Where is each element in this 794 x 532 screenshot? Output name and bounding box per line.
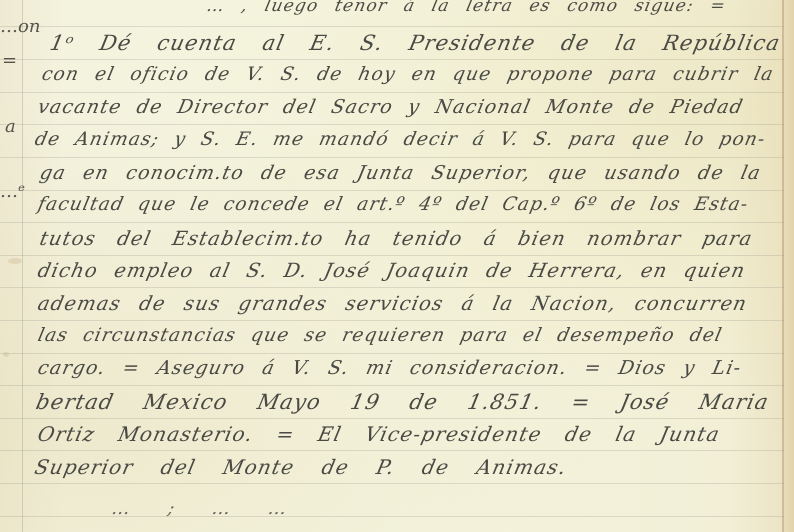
text-line-9: ademas de sus grandes servicios á la Nac… [36,294,749,314]
text-line-1: 1ᵒ Dé cuenta al E. S. Presidente de la R… [48,33,782,54]
ruled-line [0,92,794,93]
ruled-line [0,483,794,484]
text-line-2: con el oficio de V. S. de hoy en que pro… [40,66,775,85]
ruled-line [0,26,794,27]
margin-note: …ᵉ [0,183,25,201]
text-line-8: dicho empleo al S. D. José Joaquin de He… [36,261,747,281]
margin-note: a [5,118,16,136]
text-line-13: Ortiz Monasterio. = El Vice-presidente d… [36,424,722,444]
paper-stain [8,258,22,264]
ruled-line [0,450,794,451]
text-line-6: facultad que le concede el art.º 4º del … [36,196,750,215]
ruled-line [0,59,794,60]
ruled-line [0,287,794,288]
text-line-3: vacante de Director del Sacro y Nacional… [36,98,745,117]
page-edge [784,0,794,532]
margin-note: = [2,52,17,70]
manuscript-page: …on = a …ᵉ … , luego tenor á la letra es… [0,0,794,532]
paper-stain [3,352,9,357]
text-line-11: cargo. = Aseguro á V. S. mi consideracio… [36,359,743,378]
text-line-12: bertad Mexico Mayo 19 de 1.851. = José M… [34,392,771,413]
ruled-line [0,418,794,419]
text-line-7: tutos del Establecim.to ha tenido á bien… [38,229,755,249]
text-line-14: Superior del Monte de P. de Animas. [33,457,569,477]
ruled-line [0,222,794,223]
ruled-line [0,320,794,321]
ruled-line [0,255,794,256]
ruled-line [0,157,794,158]
ruled-line [0,385,794,386]
text-line-4: de Animas; y S. E. me mandó decir á V. S… [33,131,767,150]
text-line-5: ga en conocim.to de esa Junta Superior, … [38,164,763,183]
ruled-line [0,124,794,125]
ruled-line [0,190,794,191]
text-line-15: … ; … … [110,500,289,518]
left-margin-rule [22,0,23,532]
ruled-line [0,353,794,354]
text-line-0: … , luego tenor á la letra es como sigue… [205,0,728,15]
margin-note: …on [0,18,40,36]
text-line-10: las circunstancias que se requieren para… [36,327,724,346]
